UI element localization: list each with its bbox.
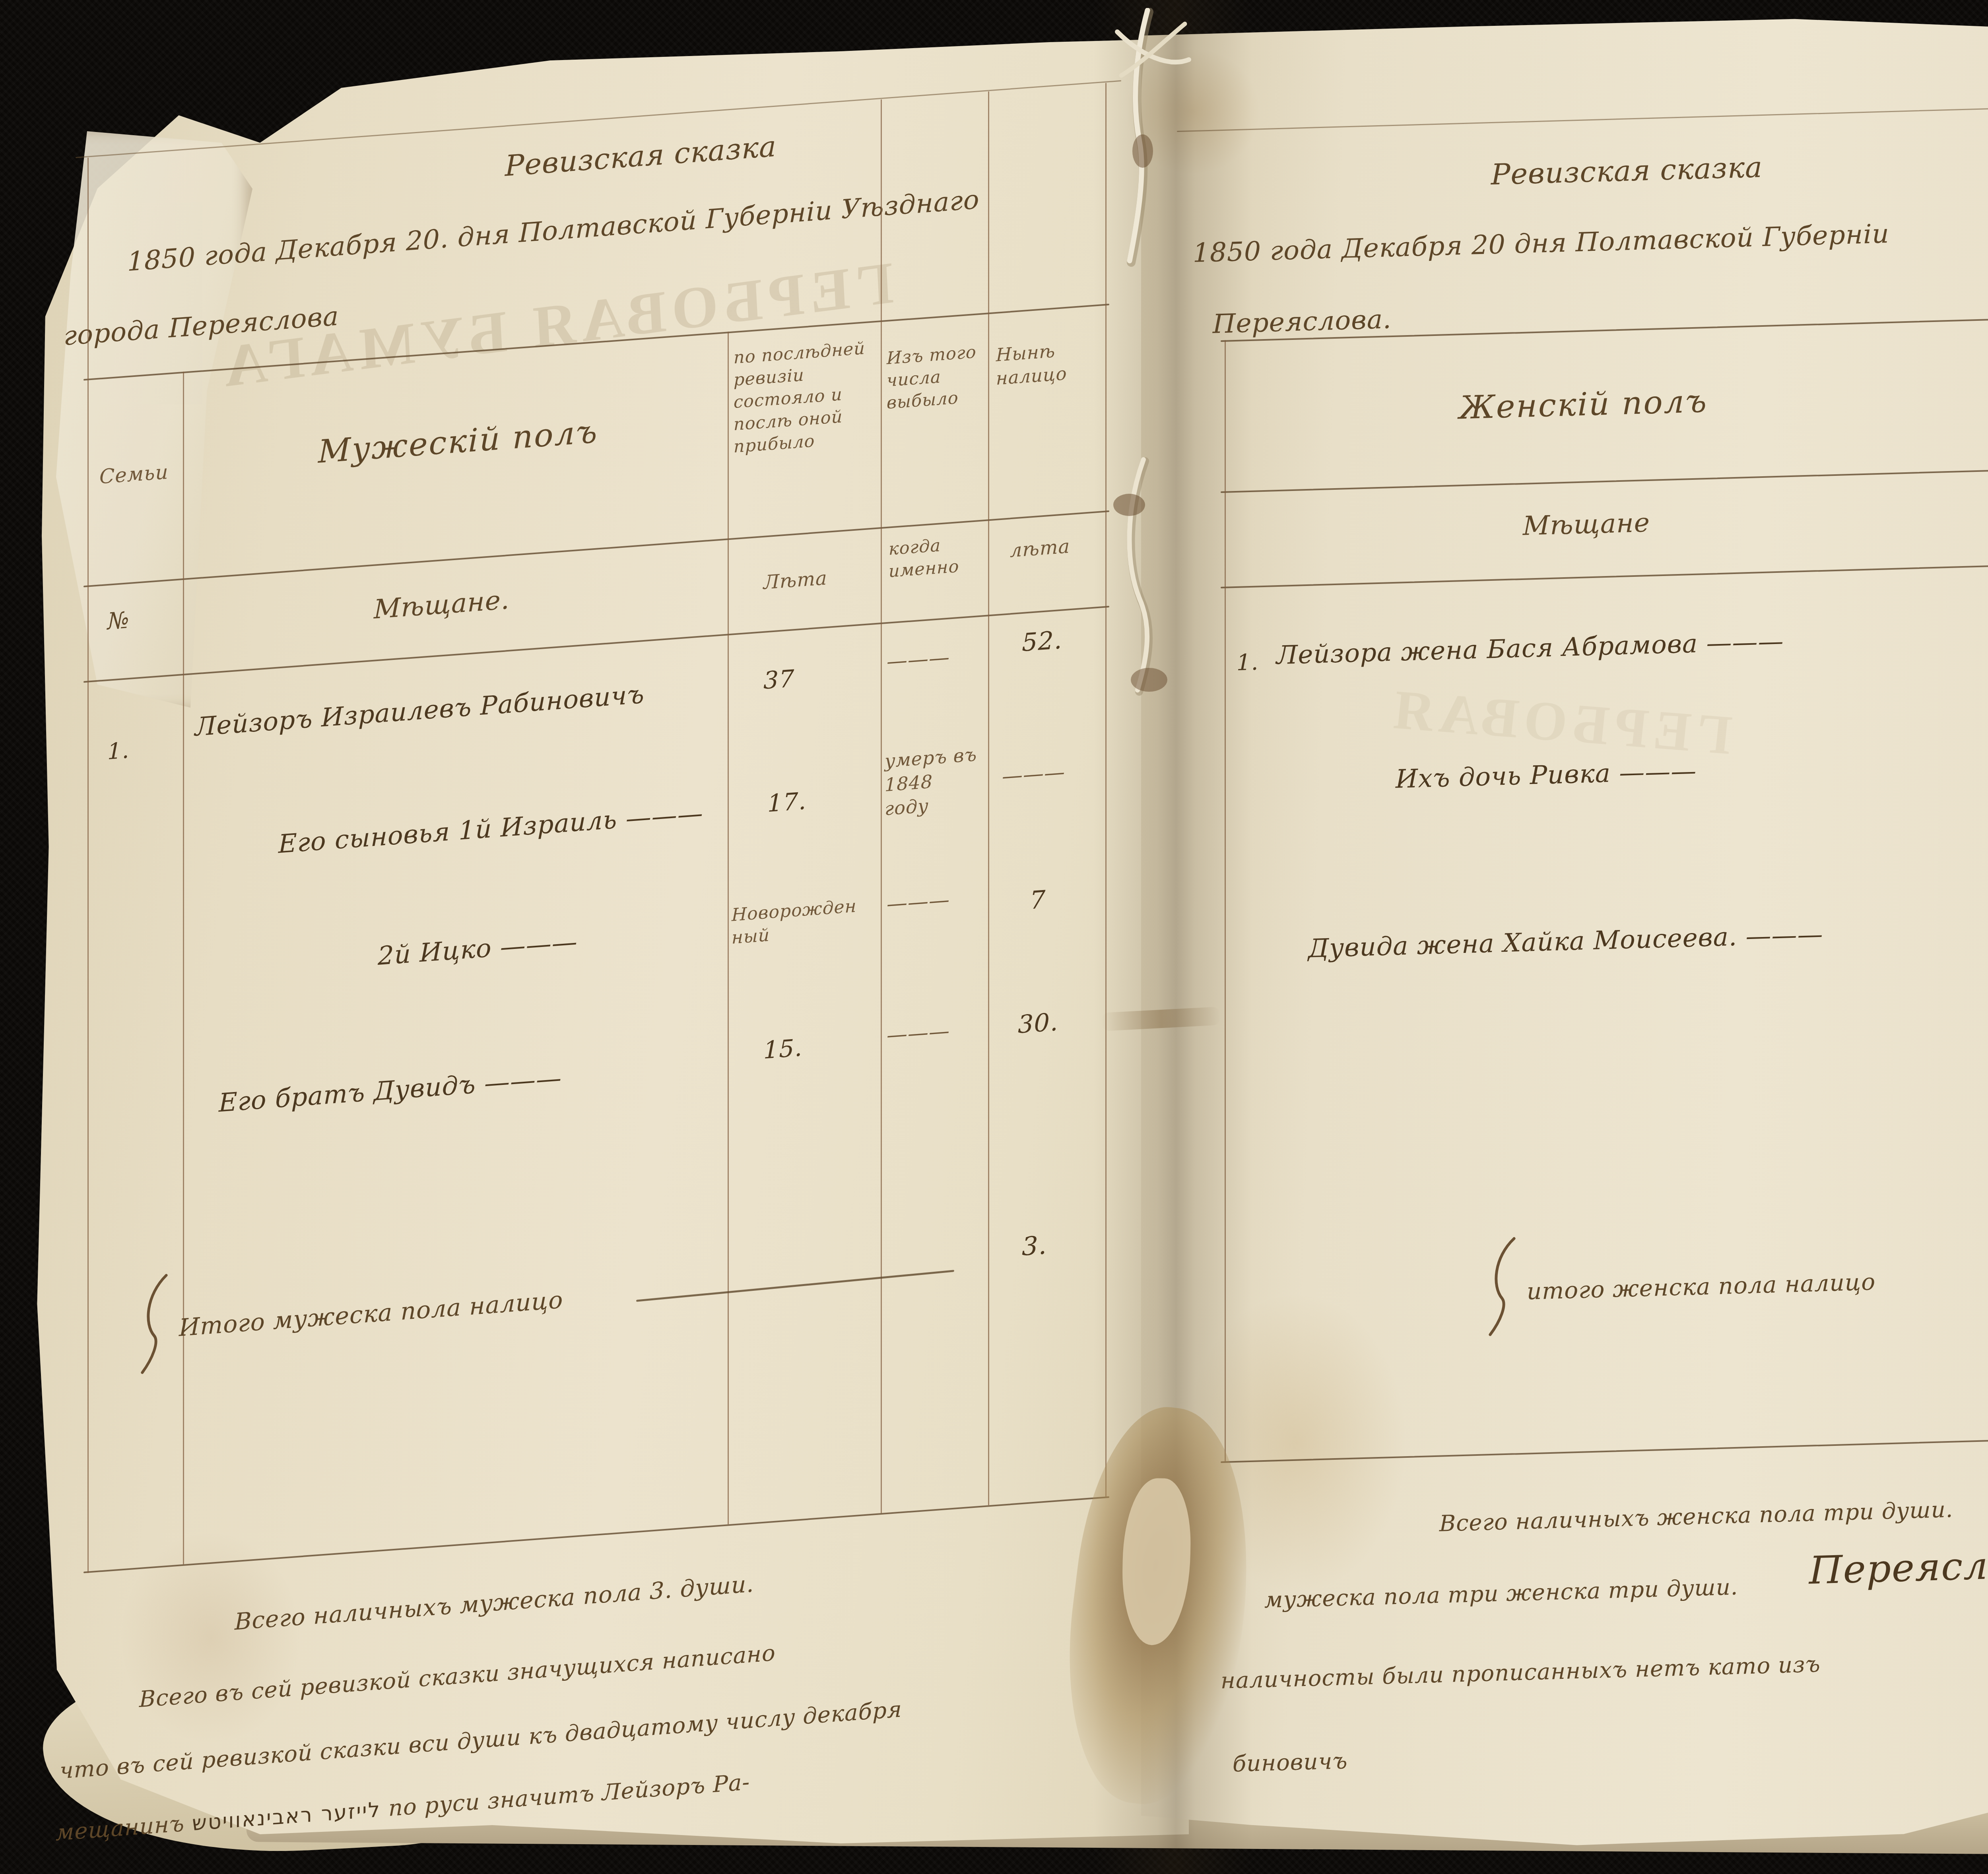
col-header-prev-revision: по послѣдней ревизіи состояло и послѣ он…: [734, 337, 873, 458]
row-name: Дувида жена Хайка Моисеева. ———: [1308, 920, 1823, 964]
table-vline: [183, 372, 184, 1564]
subheader-estate: Мѣщане: [1523, 507, 1650, 541]
row-name: Ихъ дочь Ривка ———: [1396, 757, 1697, 794]
table-rule-subheader: [1221, 559, 1988, 589]
footer-line: Всего наличныхъ женска пола три души.: [1439, 1497, 1953, 1537]
row-name: Лейзоръ Израилевъ Рабиновичъ: [195, 680, 645, 742]
page-title: Ревизская сказка: [1491, 150, 1763, 191]
row-name: Его сыновья 1й Израиль ———: [278, 799, 703, 859]
row-departed-dash: ———: [887, 645, 950, 674]
col-header-families: Семьи: [99, 460, 169, 489]
col-header-now-present: Нынѣ налицо: [996, 336, 1095, 390]
table-rule-subheader: [83, 606, 1109, 683]
table-vline: [988, 91, 989, 1505]
table-vline: [87, 157, 89, 1573]
total-brace: [139, 1271, 171, 1377]
col-header-male-sex: Мужескій полъ: [318, 413, 598, 470]
subheader-years-now: лѣта: [1010, 535, 1070, 562]
right-page-content: ГЕРБОВАЯ Ревизская сказка Уѣзднаго гор: …: [1165, 90, 1988, 1860]
table-vline: [728, 332, 729, 1524]
footer-line: наличносты были прописанныхъ нетъ като и…: [1221, 1651, 1821, 1694]
city-line: Переяслова.: [1213, 304, 1392, 339]
total-dash: [636, 1270, 954, 1302]
row-name: Его братъ Дувидъ ———: [219, 1063, 562, 1118]
row-no: 1.: [107, 737, 129, 765]
subheader-estate: Мѣщане.: [374, 584, 510, 625]
photo-backdrop: ГЕРБОВАЯ БУМАГА Ревизская сказка 1850 го…: [0, 0, 1988, 1874]
row-age-prev: 15.: [763, 1034, 802, 1065]
hebrew-signature: לייזער ראבינאוויטש: [192, 1798, 381, 1835]
subheader-years-prev: Лѣта: [763, 567, 827, 594]
row-no: 1.: [1237, 649, 1258, 676]
footer-fragment: биновичъ: [1233, 1748, 1348, 1777]
row-age-now: 30.: [1018, 1007, 1058, 1039]
table-rule-mid: [1221, 464, 1988, 493]
subheader-when: когда именно: [889, 532, 976, 583]
row-departed: умеръ въ 1848 году: [885, 743, 980, 821]
total-value: 3.: [1022, 1230, 1047, 1262]
left-page-content: ГЕРБОВАЯ БУМАГА Ревизская сказка 1850 го…: [48, 56, 1121, 1857]
footer-line: Всего въ сей ревизкой сказки значущихся …: [139, 1640, 776, 1713]
row-name: 2й Ицко ———: [378, 927, 578, 971]
row-age-now-dash: ———: [1002, 760, 1065, 789]
row-age-prev: 17.: [767, 787, 806, 818]
subheader-no: №: [107, 606, 130, 635]
total-label: итого женска пола налицо: [1527, 1268, 1875, 1305]
table-vline: [1105, 83, 1107, 1496]
row-age-now: 7: [1030, 885, 1046, 915]
col-header-female-sex: Женскій полъ: [1459, 382, 1708, 426]
page-title: Ревизская сказка: [505, 129, 777, 182]
footer-line: что въ сей ревизкой сказки вси души къ д…: [60, 1696, 902, 1784]
table-rule-bottom: [1221, 1434, 1988, 1463]
footer-flourish: Переяславскій: [1809, 1540, 1988, 1593]
date-line: 1850 года Декабря 20 дня Полтавской Губе…: [1193, 218, 1889, 268]
row-age-now: 52.: [1022, 625, 1062, 657]
total-brace: [1487, 1234, 1519, 1339]
row-age-prev: 37: [763, 665, 794, 695]
signature-prefix: мещанинъ: [56, 1811, 184, 1846]
footer-line: мужеска пола три женска три души.: [1264, 1574, 1738, 1613]
footer-line: Всего наличныхъ мужеска пола 3. души.: [235, 1570, 754, 1635]
table-rule-bottom: [83, 1496, 1109, 1573]
row-name: Лейзора жена Бася Абрамова ———: [1276, 627, 1784, 671]
table-vline: [1225, 340, 1226, 1461]
col-header-departed: Изъ того числа выбыло: [887, 341, 982, 414]
binding-lace-top: [1058, 8, 1233, 270]
tear-hole: [1121, 1478, 1192, 1646]
row-departed-dash: ———: [887, 888, 950, 916]
table-vline: [881, 99, 882, 1513]
row-departed-dash: ———: [887, 1019, 950, 1048]
row-age-prev: Новорожден ный: [732, 895, 851, 949]
total-label: Итого мужеска пола налицо: [179, 1286, 563, 1342]
binding-lace-middle: [1081, 457, 1217, 696]
